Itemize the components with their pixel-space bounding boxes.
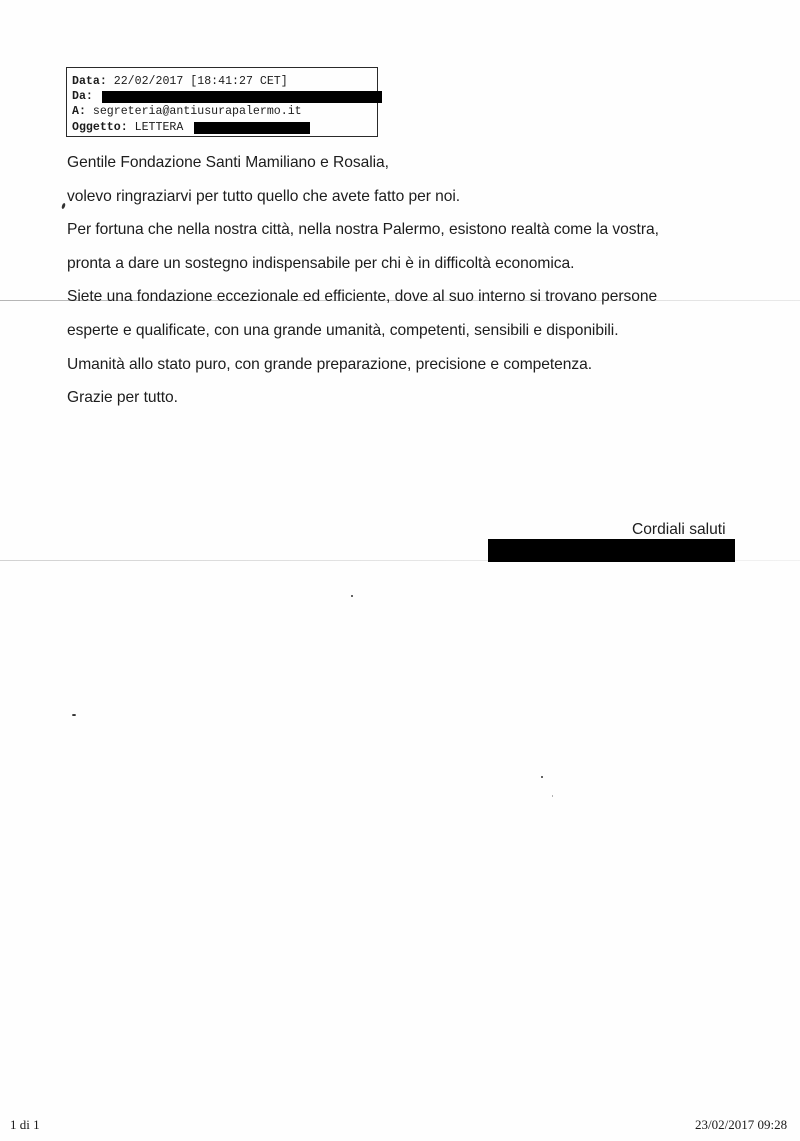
scan-speck [351, 595, 353, 597]
email-date-label: Data: [72, 75, 107, 88]
letter-line: Umanità allo stato puro, con grande prep… [67, 354, 767, 388]
letter-line: Grazie per tutto. [67, 387, 767, 421]
email-date-row: Data: 22/02/2017 [18:41:27 CET] [72, 74, 377, 89]
letter-line: Siete una fondazione eccezionale ed effi… [67, 286, 767, 320]
email-date-value: 22/02/2017 [18:41:27 CET] [114, 75, 288, 88]
letter-line: esperte e qualificate, con una grande um… [67, 320, 767, 354]
scan-speck [541, 776, 543, 778]
page-indicator: 1 di 1 [10, 1117, 40, 1133]
email-subject-value: LETTERA [135, 121, 184, 134]
email-to-label: A: [72, 105, 86, 118]
scanned-page: Data: 22/02/2017 [18:41:27 CET] Da: A: s… [0, 0, 800, 1141]
scan-speck [61, 203, 66, 210]
print-timestamp: 23/02/2017 09:28 [695, 1117, 787, 1133]
email-subject-redaction [194, 122, 310, 134]
scan-speck [552, 795, 553, 797]
letter-line: Per fortuna che nella nostra città, nell… [67, 219, 767, 253]
email-to-row: A: segreteria@antiusurapalermo.it [72, 104, 377, 119]
signature-redaction [488, 539, 735, 562]
email-subject-row: Oggetto: LETTERA [72, 120, 377, 135]
scan-speck [72, 714, 76, 716]
email-from-row: Da: [72, 89, 377, 104]
email-to-value: segreteria@antiusurapalermo.it [93, 105, 302, 118]
letter-line: pronta a dare un sostegno indispensabile… [67, 253, 767, 287]
letter-closing: Cordiali saluti [632, 521, 726, 539]
letter-line: volevo ringraziarvi per tutto quello che… [67, 186, 767, 220]
letter-body: Gentile Fondazione Santi Mamiliano e Ros… [67, 152, 767, 421]
email-subject-label: Oggetto: [72, 121, 128, 134]
email-from-label: Da: [72, 90, 93, 103]
letter-greeting: Gentile Fondazione Santi Mamiliano e Ros… [67, 152, 767, 186]
email-header-box: Data: 22/02/2017 [18:41:27 CET] Da: A: s… [66, 67, 378, 137]
email-from-redaction [102, 91, 382, 103]
